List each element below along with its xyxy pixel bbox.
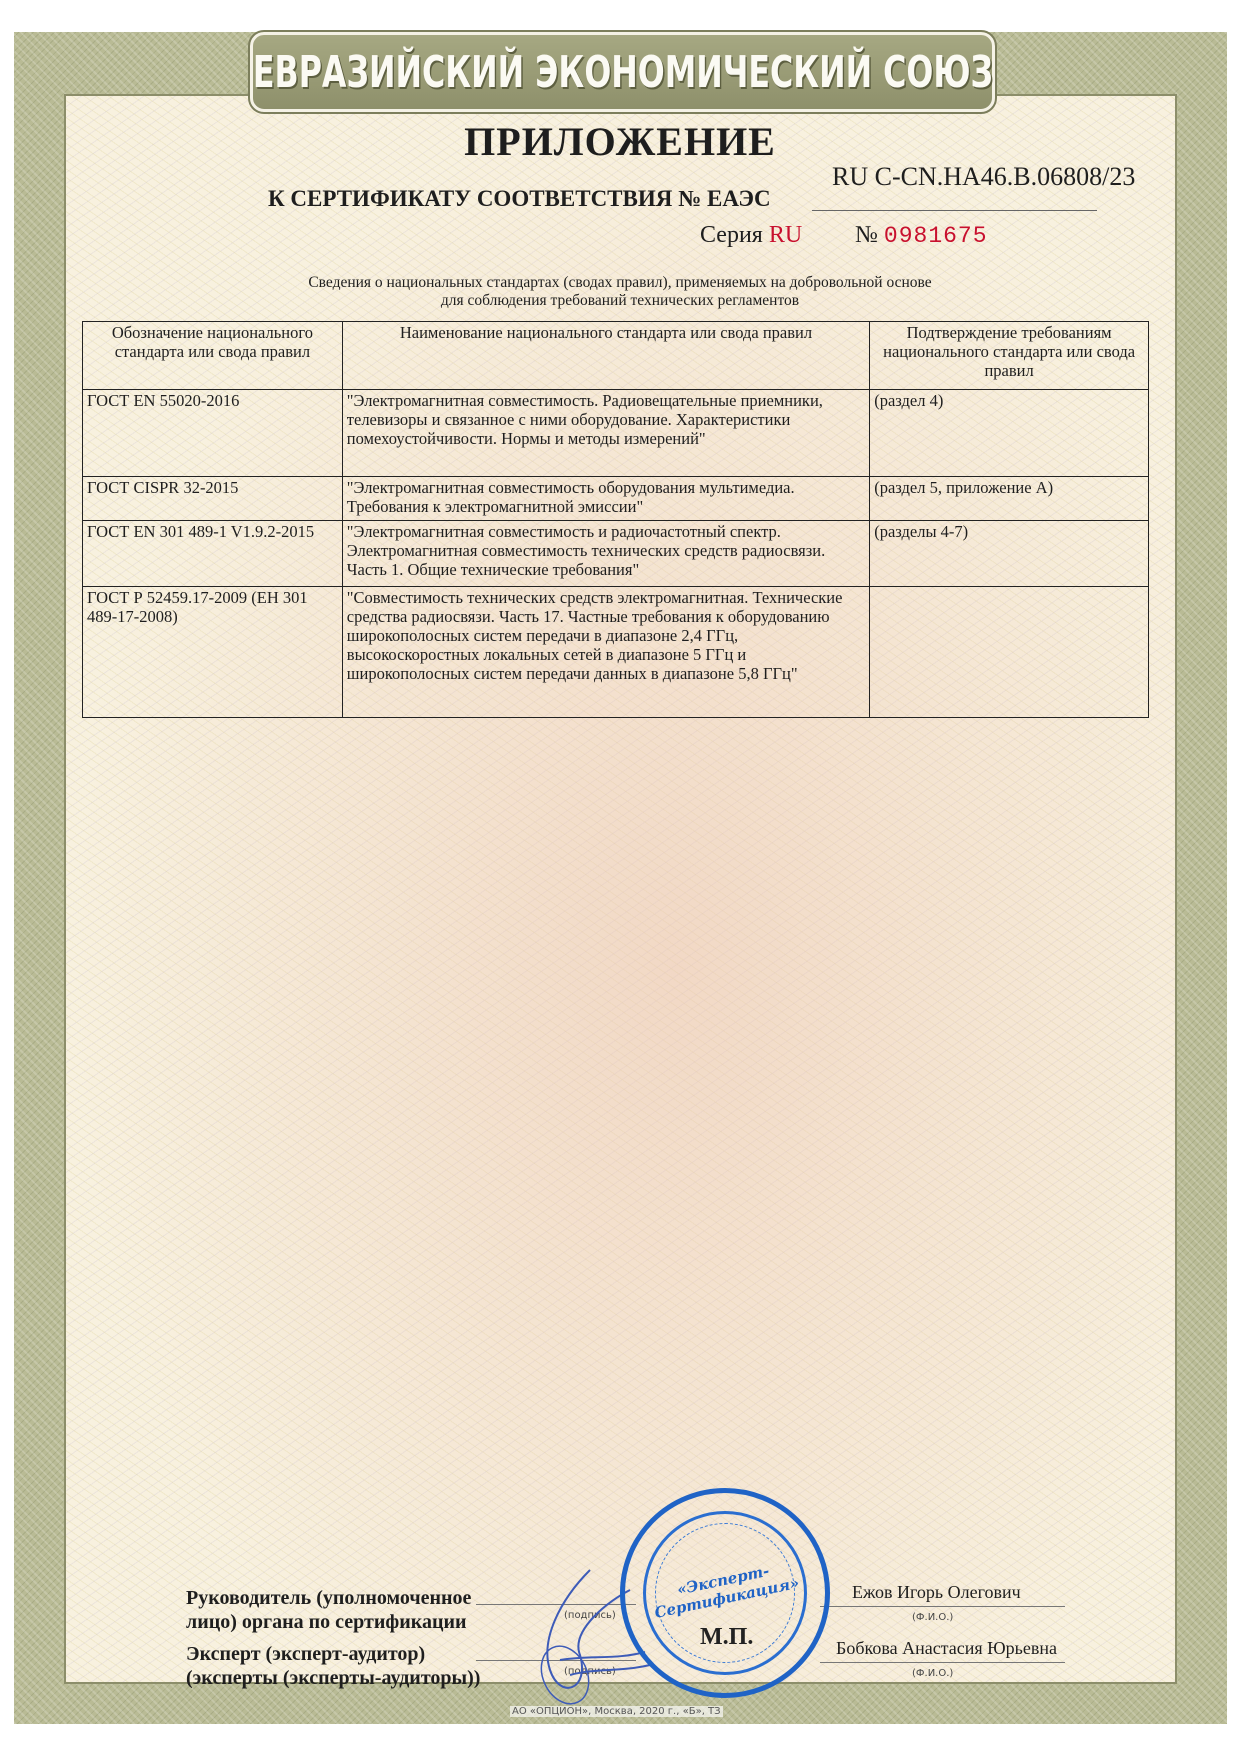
head-signatory-name: Ежов Игорь Олегович [852, 1582, 1021, 1603]
expert-fio-caption: (Ф.И.О.) [912, 1668, 953, 1679]
expert-fio-line [820, 1662, 1065, 1663]
cell-name: "Электромагнитная совместимость и радиоч… [342, 521, 869, 587]
cell-name: "Совместимость технических средств элект… [342, 587, 869, 718]
head-fio-caption: (Ф.И.О.) [912, 1612, 953, 1623]
table-row: ГОСТ CISPR 32-2015 "Электромагнитная сов… [83, 477, 1149, 521]
column-header-name: Наименование национального стандарта или… [342, 322, 869, 390]
table-row: ГОСТ EN 301 489-1 V1.9.2-2015 "Электрома… [83, 521, 1149, 587]
intro-text: Сведения о национальных стандартах (свод… [0, 274, 1240, 310]
cell-confirmation: (раздел 5, приложение А) [870, 477, 1149, 521]
number-value: 0981675 [884, 223, 988, 249]
expert-signatory-label: Эксперт (эксперт-аудитор) (эксперты (экс… [186, 1642, 480, 1690]
certificate-number-underline [812, 210, 1097, 211]
cell-confirmation [870, 587, 1149, 718]
expert-signatory-name: Бобкова Анастасия Юрьевна [836, 1638, 1057, 1659]
series-label: Серия [700, 222, 763, 248]
cell-name: "Электромагнитная совместимость. Радиове… [342, 390, 869, 477]
union-name: ЕВРАЗИЙСКИЙ ЭКОНОМИЧЕСКИЙ СОЮЗ [252, 47, 992, 98]
table-row: ГОСТ EN 55020-2016 "Электромагнитная сов… [83, 390, 1149, 477]
document-subtitle: К СЕРТИФИКАТУ СООТВЕТСТВИЯ № ЕАЭС [268, 186, 771, 212]
cell-confirmation: (раздел 4) [870, 390, 1149, 477]
document-title: ПРИЛОЖЕНИЕ [0, 118, 1240, 165]
standards-table: Обозначение национального стандарта или … [82, 321, 1149, 718]
certificate-number: RU С-CN.НА46.В.06808/23 [832, 162, 1135, 192]
union-banner: ЕВРАЗИЙСКИЙ ЭКОНОМИЧЕСКИЙ СОЮЗ [250, 32, 995, 112]
printer-imprint: АО «ОПЦИОН», Москва, 2020 г., «Б», ТЗ [510, 1706, 723, 1717]
head-signatory-label: Руководитель (уполномоченное лицо) орган… [186, 1586, 471, 1634]
cell-designation: ГОСТ Р 52459.17-2009 (ЕН 301 489-17-2008… [83, 587, 343, 718]
form-number: № 0981675 [855, 222, 988, 249]
cell-designation: ГОСТ CISPR 32-2015 [83, 477, 343, 521]
cell-designation: ГОСТ EN 301 489-1 V1.9.2-2015 [83, 521, 343, 587]
intro-line-2: для соблюдения требований технических ре… [0, 292, 1240, 310]
intro-line-1: Сведения о национальных стандартах (свод… [0, 274, 1240, 292]
head-fio-line [820, 1606, 1065, 1607]
stamp-mark: М.П. [700, 1624, 753, 1651]
table-row: ГОСТ Р 52459.17-2009 (ЕН 301 489-17-2008… [83, 587, 1149, 718]
cell-confirmation: (разделы 4-7) [870, 521, 1149, 587]
series-value: RU [769, 222, 802, 248]
table-header-row: Обозначение национального стандарта или … [83, 322, 1149, 390]
column-header-designation: Обозначение национального стандарта или … [83, 322, 343, 390]
official-stamp: «Эксперт-Сертификация» [620, 1488, 830, 1698]
cell-designation: ГОСТ EN 55020-2016 [83, 390, 343, 477]
column-header-confirmation: Подтверждение требованиям национального … [870, 322, 1149, 390]
cell-name: "Электромагнитная совместимость оборудов… [342, 477, 869, 521]
series: Серия RU [700, 222, 802, 249]
number-label: № [855, 222, 878, 248]
